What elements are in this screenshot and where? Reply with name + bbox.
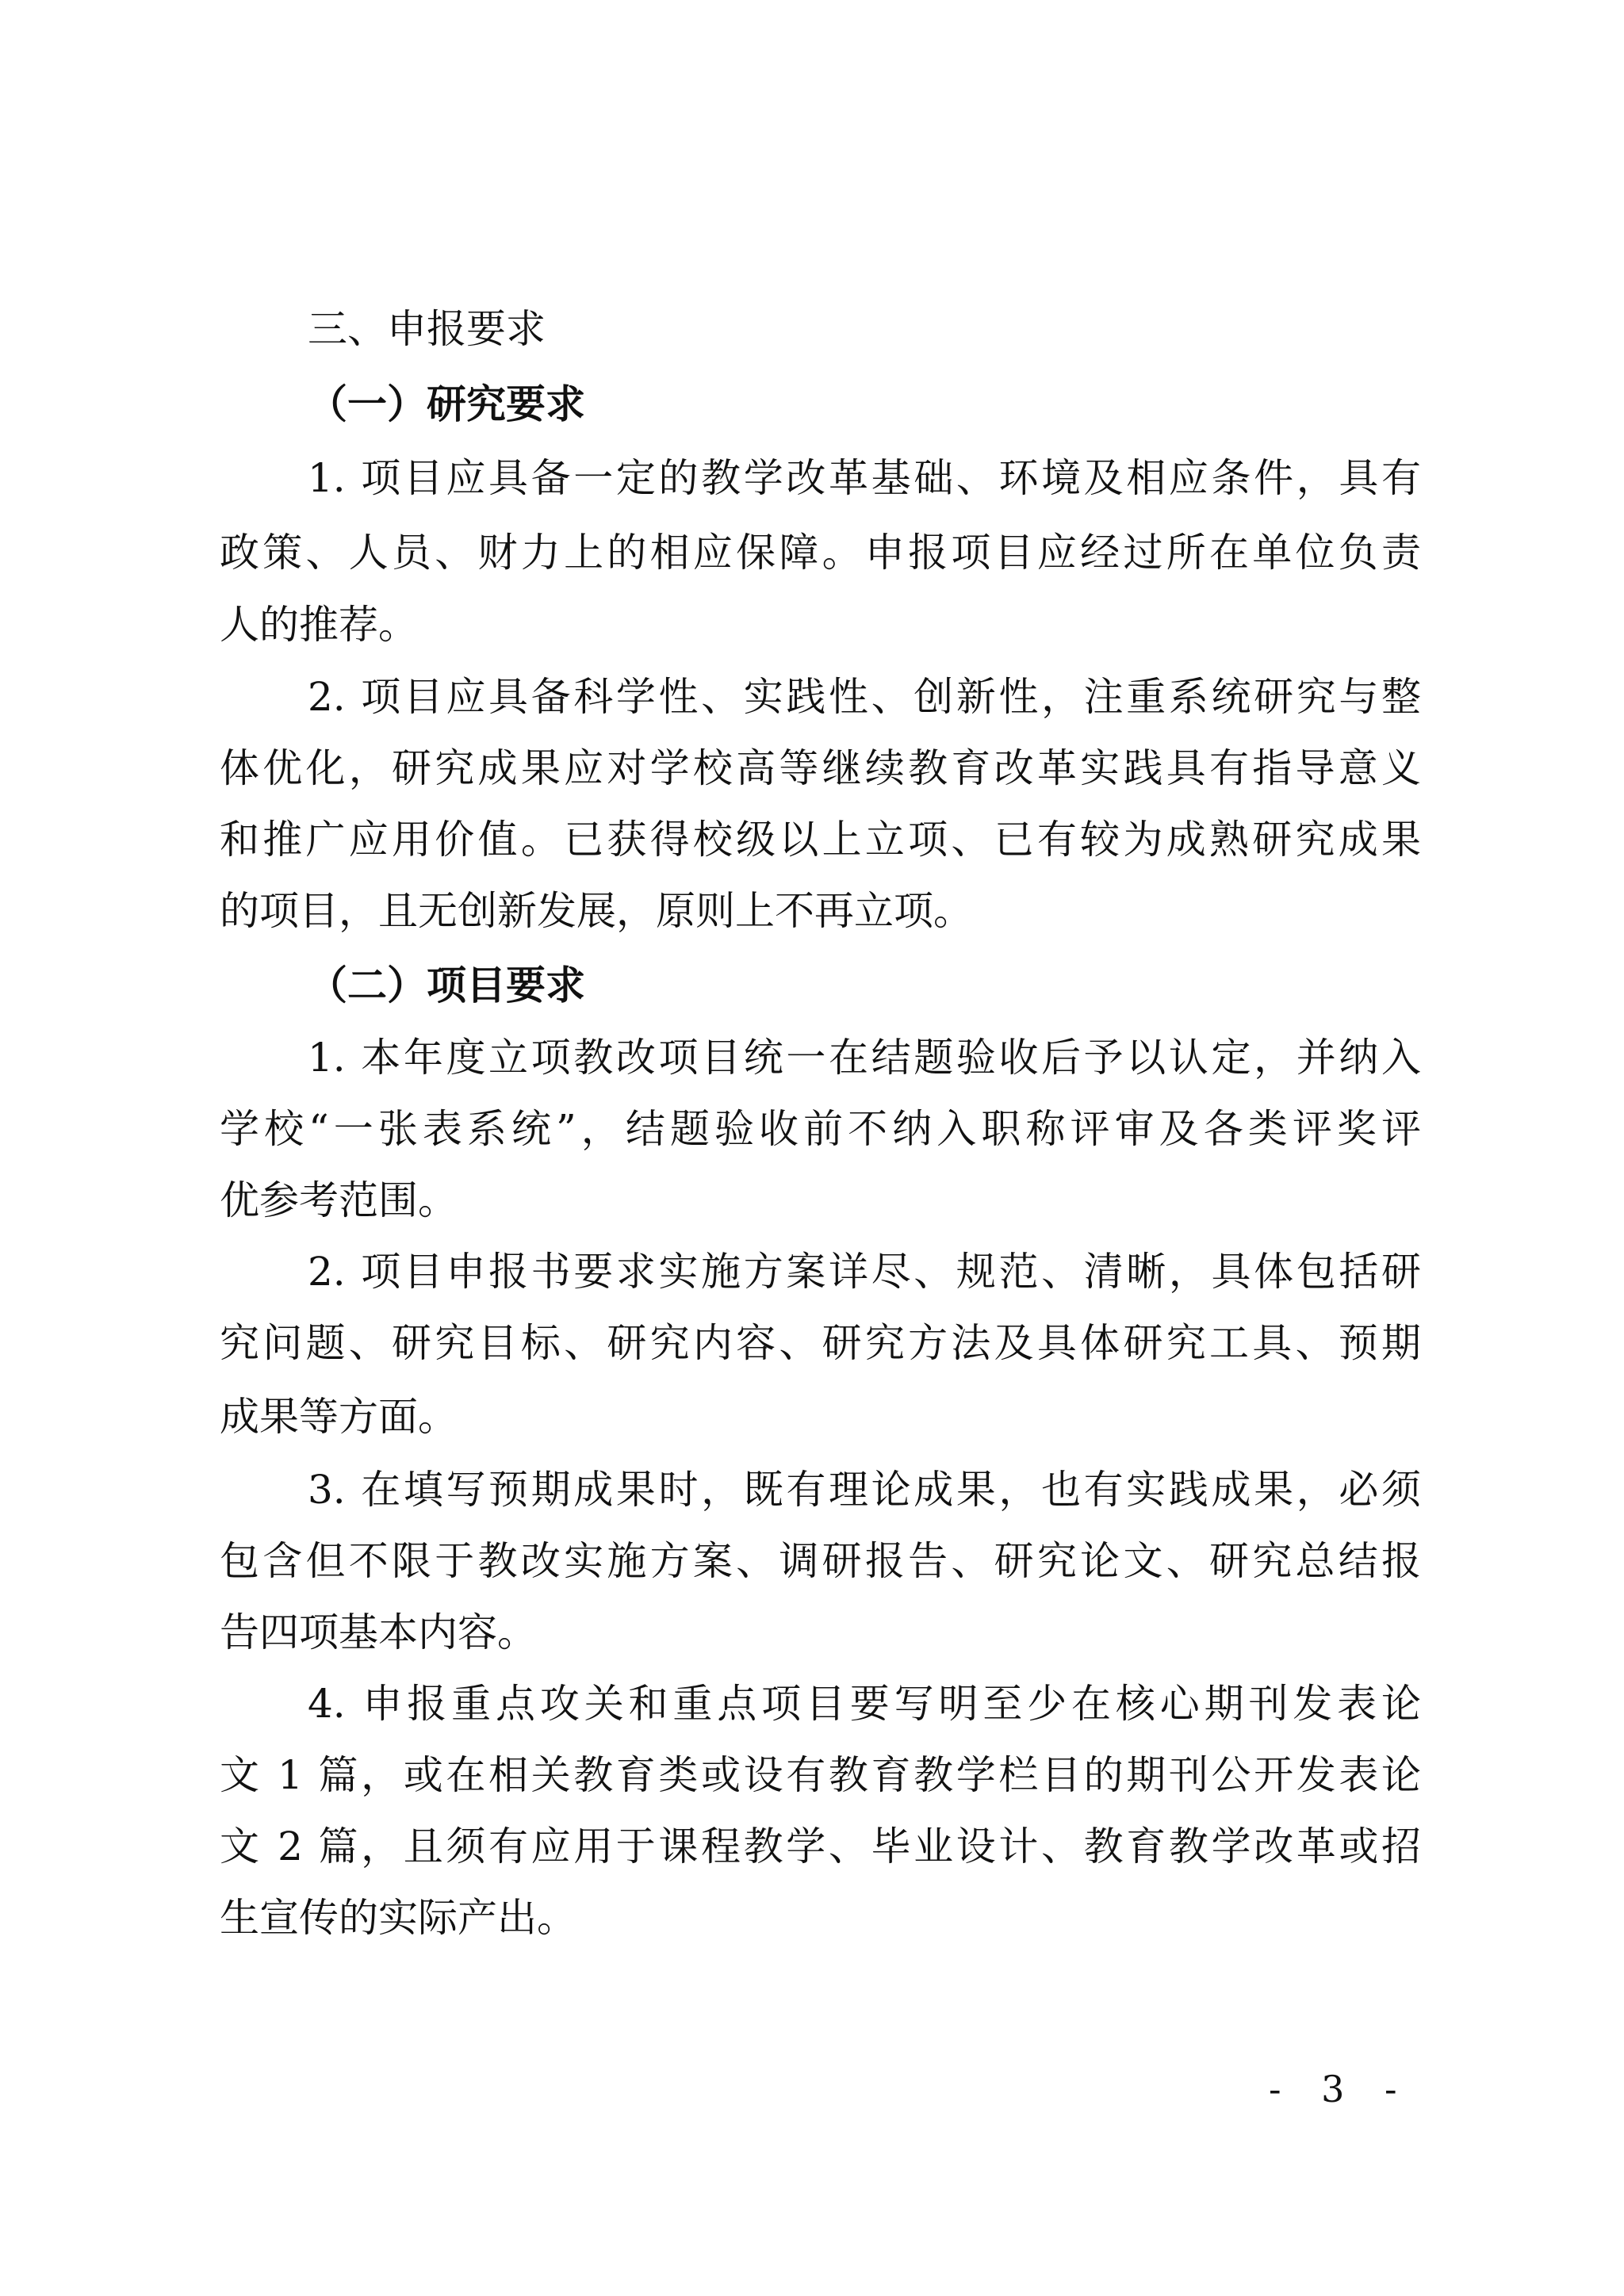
paragraph-line: 1. 本年度立项教改项目统一在结题验收后予以认定，并纳入 bbox=[308, 1022, 1421, 1093]
section-title: 三、申报要求 bbox=[308, 293, 546, 365]
paragraph-line: 的项目，且无创新发展，原则上不再立项。 bbox=[220, 875, 1421, 947]
paragraph-line: 体优化，研究成果应对学校高等继续教育改革实践具有指导意义 bbox=[220, 733, 1421, 804]
paragraph-line: 2. 项目应具备科学性、实践性、创新性，注重系统研究与整 bbox=[308, 661, 1421, 733]
paragraph-line: 1. 项目应具备一定的教学改革基础、环境及相应条件，具有 bbox=[308, 442, 1421, 514]
paragraph-line: 和推广应用价值。已获得校级以上立项、已有较为成熟研究成果 bbox=[220, 804, 1421, 875]
paragraph-line: 3. 在填写预期成果时，既有理论成果，也有实践成果，必须 bbox=[308, 1454, 1421, 1525]
paragraph-line: 成果等方面。 bbox=[220, 1381, 1421, 1452]
paragraph-line: 包含但不限于教改实施方案、调研报告、研究论文、研究总结报 bbox=[220, 1525, 1421, 1597]
paragraph-line: 优参考范围。 bbox=[220, 1165, 1421, 1236]
paragraph-line: 学校“一张表系统”，结题验收前不纳入职称评审及各类评奖评 bbox=[220, 1093, 1421, 1165]
paragraph-line: 2. 项目申报书要求实施方案详尽、规范、清晰，具体包括研 bbox=[308, 1236, 1421, 1307]
paragraph-line: 政策、人员、财力上的相应保障。申报项目应经过所在单位负责 bbox=[220, 517, 1421, 588]
subsection-title-project: （二）项目要求 bbox=[308, 950, 585, 1021]
paragraph-line: 4. 申报重点攻关和重点项目要写明至少在核心期刊发表论 bbox=[308, 1668, 1421, 1739]
paragraph-line: 生宣传的实际产出。 bbox=[220, 1882, 1421, 1954]
paragraph-line: 人的推荐。 bbox=[220, 589, 1421, 660]
paragraph-line: 告四项基本内容。 bbox=[220, 1597, 1421, 1668]
subsection-title-research: （一）研究要求 bbox=[308, 369, 585, 440]
page-number: - 3 - bbox=[1269, 2065, 1411, 2113]
document-page: 三、申报要求 （一）研究要求 1. 项目应具备一定的教学改革基础、环境及相应条件… bbox=[0, 0, 1624, 2296]
paragraph-line: 文 2 篇，且须有应用于课程教学、毕业设计、教育教学改革或招 bbox=[220, 1811, 1421, 1882]
paragraph-line: 究问题、研究目标、研究内容、研究方法及具体研究工具、预期 bbox=[220, 1307, 1421, 1379]
paragraph-line: 文 1 篇，或在相关教育类或设有教育教学栏目的期刊公开发表论 bbox=[220, 1739, 1421, 1811]
